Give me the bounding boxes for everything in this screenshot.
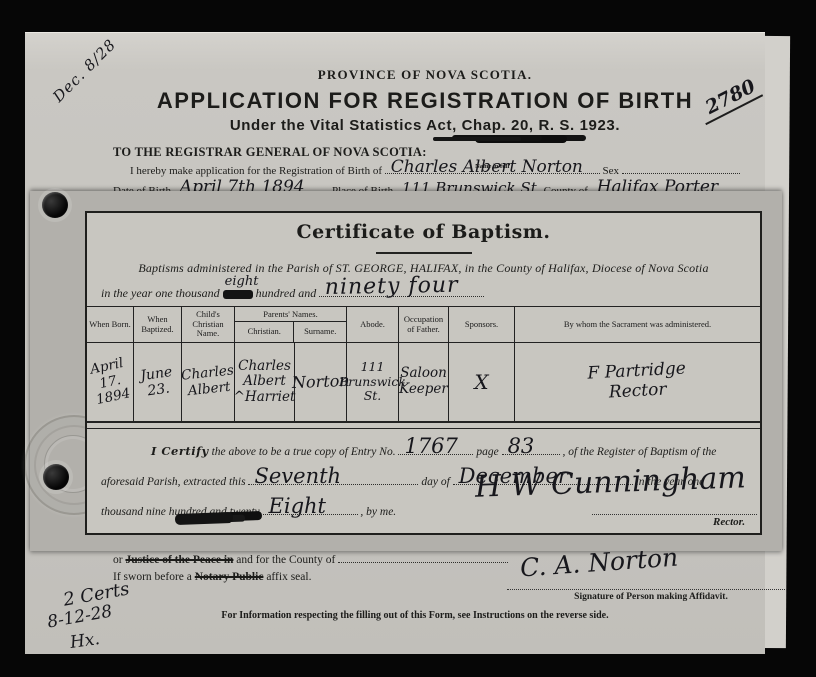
certify-line3-suffix: , by me. <box>360 506 396 518</box>
registrar-general-line: TO THE REGISTRAR GENERAL OF NOVA SCOTIA: <box>113 145 427 160</box>
certificate-band: Certificate of Baptism. Baptisms adminis… <box>30 191 782 551</box>
page-no-field: 83 <box>502 441 560 455</box>
rector-title-label: Rector. <box>713 516 745 528</box>
header-christian: Christian. <box>235 322 294 342</box>
form-subtitle: Under the Vital Statistics Act, Chap. 20… <box>95 117 755 134</box>
entry-no-field: 1767 <box>398 441 473 455</box>
ink-blot <box>433 137 521 141</box>
cell-by-whom: F Partridge Rector <box>515 343 760 421</box>
cell-abode: 111 Brunswick St. <box>347 343 399 421</box>
year-field: ninety four <box>319 283 484 297</box>
justice-of-peace-line: or Justice of the Peace in and for the C… <box>113 552 508 566</box>
apply-prefix-text: I hereby make application for the Regist… <box>130 165 382 177</box>
cell-parents-christian: Charles Albert ^Harriet <box>235 343 295 421</box>
table-header-row: When Born. When Baptized. Child's Christ… <box>87 306 760 343</box>
cell-child-name: Charles Albert <box>182 343 235 421</box>
affidavit-signature-label: Signature of Person making Affidavit. <box>517 592 785 602</box>
certify-line-3: thousand nine hundred and twenty Eight ,… <box>101 501 396 518</box>
or-text: or <box>113 554 123 566</box>
baptism-year-line: in the year one thousand eight hundred a… <box>101 283 484 301</box>
certify-line2-text: aforesaid Parish, extracted this <box>101 476 246 488</box>
application-form-page: Dec. 8/28 PROVINCE OF NOVA SCOTIA. APPLI… <box>25 32 765 654</box>
header-when-baptized: When Baptized. <box>134 307 182 342</box>
inserted-word-eight: eight <box>225 274 259 289</box>
page-no-handwritten: 83 <box>508 436 535 457</box>
affidavit-signature-line <box>507 589 787 590</box>
affix-seal-text: affix seal. <box>266 571 311 583</box>
title-divider <box>376 252 472 254</box>
cell-occupation: Saloon Keeper <box>399 343 449 421</box>
year-handwritten: ninety four <box>325 275 459 299</box>
year-prefix-text: in the year one thousand <box>101 286 220 300</box>
header-parents-group: Parents' Names. Christian. Surname. <box>235 307 347 342</box>
entry-no-handwritten: 1767 <box>404 436 457 457</box>
notary-seal-line: If sworn before a Notary Public affix se… <box>113 571 311 583</box>
page-label: page <box>476 446 498 458</box>
form-header: PROVINCE OF NOVA SCOTIA. APPLICATION FOR… <box>95 67 755 134</box>
table-row: April 17. 1894 June 23. Charles Albert C… <box>87 343 760 423</box>
header-parents-names: Parents' Names. <box>235 307 346 322</box>
extraction-day-field: Seventh <box>248 471 418 485</box>
table-bottom-rule <box>87 428 760 429</box>
certs-note-line2: 8-12-28 <box>46 601 114 632</box>
certificate-title: Certificate of Baptism. <box>87 221 760 243</box>
certify-line1-suffix: , of the Register of Baptism of the <box>562 446 716 458</box>
header-sponsors: Sponsors. <box>449 307 515 342</box>
scratched-out-blot <box>175 512 233 525</box>
i-certify-text: I Certify <box>151 444 209 458</box>
cell-surname: Norton <box>295 343 347 421</box>
certificate-of-baptism-panel: Certificate of Baptism. Baptisms adminis… <box>85 211 762 535</box>
struck-word-blot: eight <box>223 290 253 299</box>
baptism-register-table: When Born. When Baptized. Child's Christ… <box>87 306 760 423</box>
name-in-full-hint: Name in full <box>475 163 509 170</box>
cell-when-baptized: June 23. <box>134 343 182 421</box>
header-by-whom: By whom the Sacrament was administered. <box>515 307 760 342</box>
rector-signature-line <box>592 514 757 515</box>
year-mid-text: hundred and <box>256 286 317 300</box>
form-title: APPLICATION FOR REGISTRATION OF BIRTH <box>95 88 755 114</box>
application-name-line: I hereby make application for the Regist… <box>130 160 740 177</box>
county-dotted-leader <box>338 552 508 563</box>
province-line: PROVINCE OF NOVA SCOTIA. <box>95 67 755 83</box>
scanned-document: Dec. 8/28 PROVINCE OF NOVA SCOTIA. APPLI… <box>0 0 816 677</box>
header-occupation: Occupation of Father. <box>399 307 449 342</box>
instructions-line: For Information respecting the filling o… <box>95 610 735 621</box>
day-of-label: day of <box>421 476 449 488</box>
header-abode: Abode. <box>347 307 399 342</box>
sex-field <box>622 160 740 174</box>
certify-line-1: I Certify the above to be a true copy of… <box>151 441 716 458</box>
header-child-name: Child's Christian Name. <box>182 307 235 342</box>
sex-label: Sex <box>603 165 620 177</box>
certify-line1-text: the above to be a true copy of Entry No. <box>212 446 396 458</box>
cell-when-born: April 17. 1894 <box>87 343 134 421</box>
certs-note-line3: Hx. <box>69 629 101 653</box>
struck-notary-text: Notary Public <box>195 571 264 583</box>
name-in-full-field: Charles Albert Norton Name in full <box>385 160 600 174</box>
struck-justice-text: Justice of the Peace in <box>125 554 233 566</box>
county-clause-text: and for the County of <box>236 554 335 566</box>
day-handwritten: Seventh <box>254 466 341 487</box>
cell-sponsors: X <box>449 343 515 421</box>
header-when-born: When Born. <box>87 307 134 342</box>
punch-hole-top <box>42 192 68 218</box>
header-surname: Surname. <box>294 322 346 342</box>
year-word-handwritten: Eight <box>269 496 326 517</box>
punch-hole-bottom <box>43 464 69 490</box>
extraction-year-field: Eight <box>263 501 358 515</box>
